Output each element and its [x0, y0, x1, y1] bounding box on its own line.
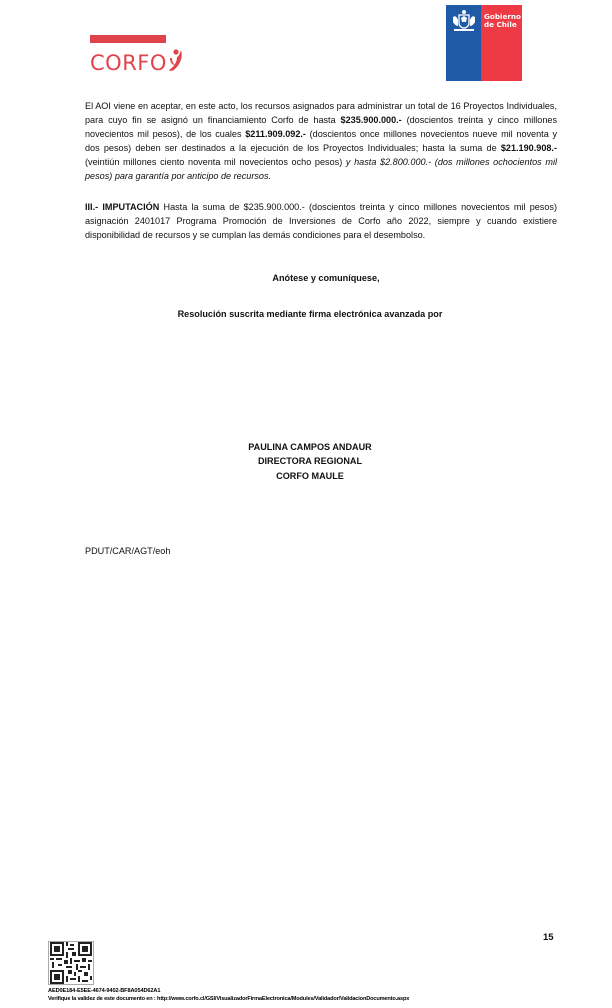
gobierno-logo-text: Gobierno de Chile: [484, 13, 521, 29]
signature-block: PAULINA CAMPOS ANDAUR DIRECTORA REGIONAL…: [215, 440, 405, 483]
text-segment: $21.190.908.-: [501, 143, 557, 153]
closing-line: Anótese y comuníquese,: [20, 273, 612, 283]
gobierno-de-chile-logo: Gobierno de Chile: [446, 5, 522, 81]
verification-notice: Verifique la validez de este documento e…: [48, 996, 409, 1002]
qr-code-icon[interactable]: [48, 941, 94, 985]
paragraph-aoi-acceptance: El AOI viene en aceptar, en este acto, l…: [85, 99, 557, 184]
corfo-logo: CORFO: [90, 35, 190, 80]
paragraph-imputacion: III.- IMPUTACIÓN Hasta la suma de $235.9…: [85, 200, 557, 242]
verify-label: Verifique la validez de este documento e…: [48, 996, 157, 1002]
page-number: 15: [543, 932, 554, 943]
text-segment: $211.909.092.-: [245, 129, 306, 139]
document-verification-code: AED0E184-E5EE-4674-9402-BF8A054D62A1: [48, 988, 160, 994]
signatory-title: DIRECTORA REGIONAL: [215, 454, 405, 468]
signature-note: Resolución suscrita mediante firma elect…: [4, 309, 612, 319]
chile-coat-of-arms-icon: [451, 9, 477, 33]
signatory-office: CORFO MAULE: [215, 469, 405, 483]
text-segment: $235.900.000.-: [341, 115, 402, 125]
corfo-person-icon: [168, 48, 184, 74]
corfo-logo-text: CORFO: [90, 52, 167, 74]
document-initials: PDUT/CAR/AGT/eoh: [85, 546, 170, 556]
verify-url-link[interactable]: http://www.corfo.cl/GSI/VisualizadorFirm…: [157, 996, 409, 1002]
text-segment: (veintiún millones ciento noventa mil no…: [85, 157, 346, 167]
document-page: CORFO Gobierno de Chile El AOI viene en …: [0, 0, 612, 1008]
text-segment: III.- IMPUTACIÓN: [85, 202, 159, 212]
signatory-name: PAULINA CAMPOS ANDAUR: [215, 440, 405, 454]
corfo-logo-bar: [90, 35, 166, 43]
